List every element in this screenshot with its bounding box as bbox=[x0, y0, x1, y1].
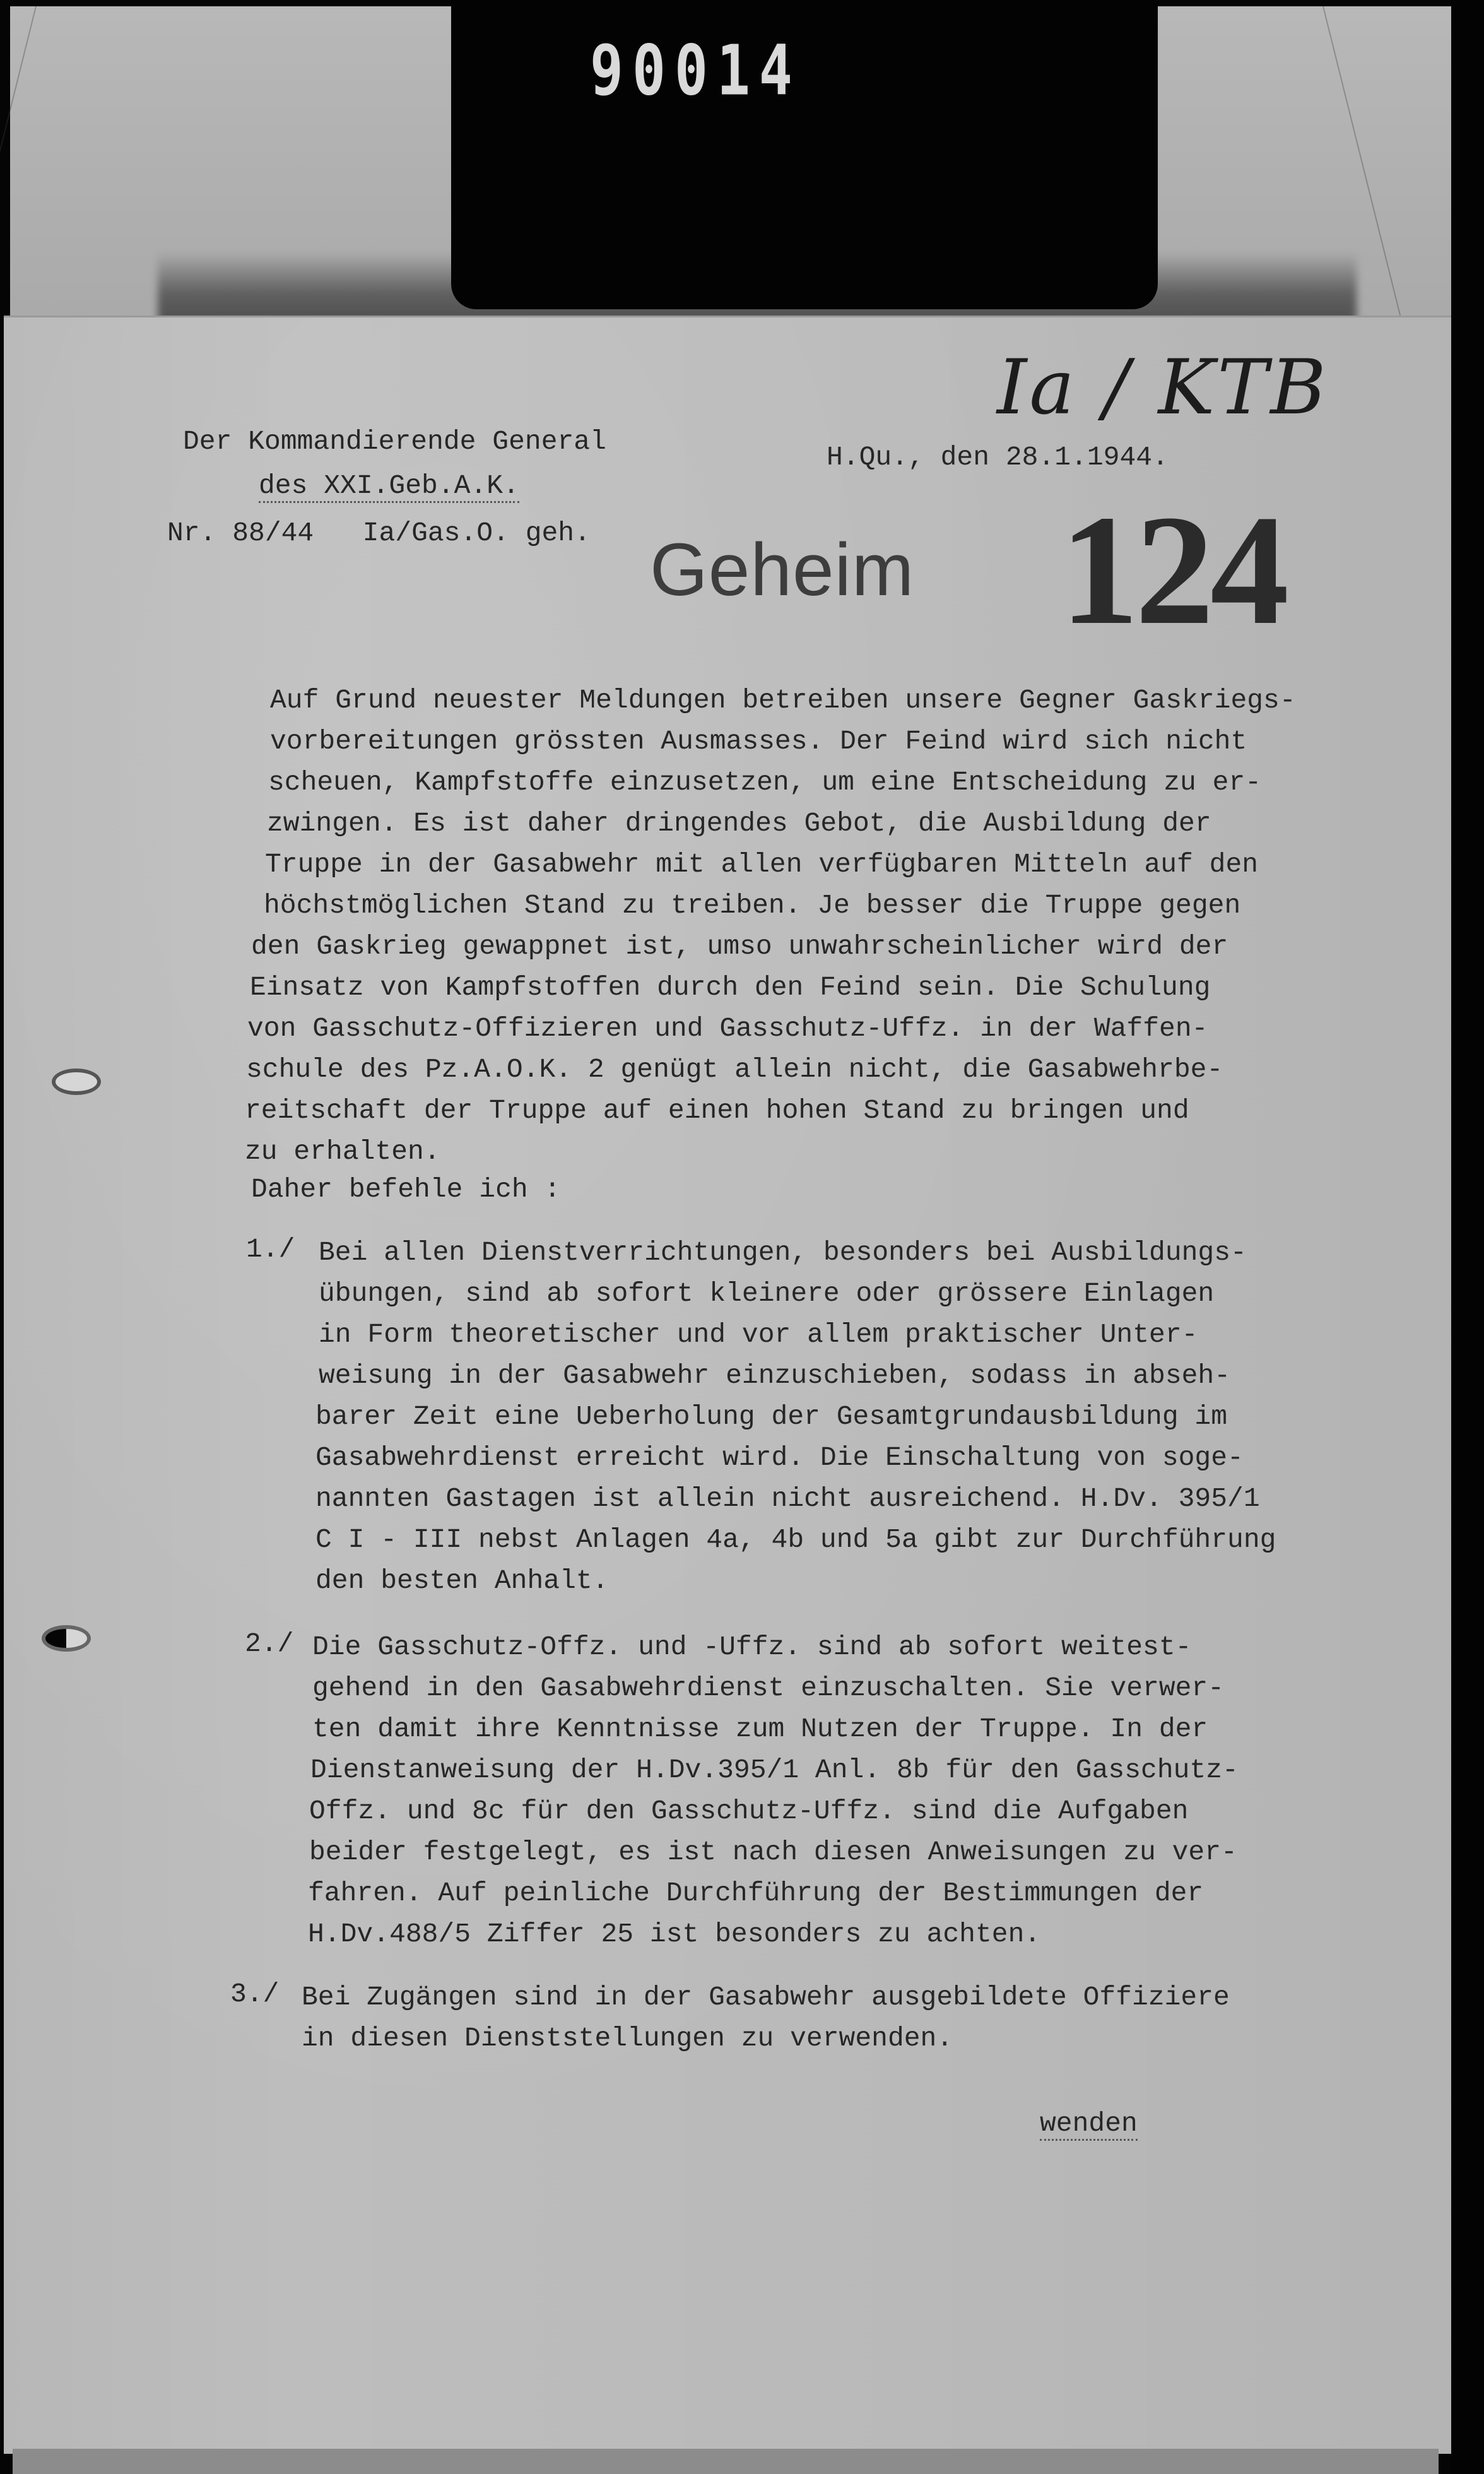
page-number-stamp: 124 bbox=[1060, 480, 1285, 661]
text-line: C I - III nebst Anlagen 4a, 4b und 5a gi… bbox=[315, 1524, 1276, 1555]
punch-hole-icon bbox=[42, 1625, 91, 1652]
film-counter-block: 90014 bbox=[451, 0, 1158, 309]
film-edge bbox=[1451, 0, 1484, 2474]
text-line: fahren. Auf peinliche Durchführung der B… bbox=[308, 1878, 1203, 1909]
text-line: zwingen. Es ist daher dringendes Gebot, … bbox=[267, 808, 1211, 839]
text-line: Gasabwehrdienst erreicht wird. Die Einsc… bbox=[315, 1442, 1244, 1473]
text-line: den Gaskrieg gewappnet ist, umso unwahrs… bbox=[251, 931, 1228, 962]
text-line: weisung in der Gasabwehr einzuschieben, … bbox=[319, 1360, 1230, 1391]
text-line: barer Zeit eine Ueberholung der Gesamtgr… bbox=[315, 1401, 1227, 1432]
text-line: Bei allen Dienstverrichtungen, besonders… bbox=[319, 1237, 1247, 1268]
text-line: Bei Zugängen sind in der Gasabwehr ausge… bbox=[302, 1982, 1230, 2013]
text-line: höchstmöglichen Stand zu treiben. Je bes… bbox=[264, 890, 1240, 921]
sender-line-1: Der Kommandierende General bbox=[183, 426, 606, 457]
film-counter-digits: 90014 bbox=[590, 30, 801, 111]
text-line: nannten Gastagen ist allein nicht ausrei… bbox=[315, 1483, 1260, 1514]
text-line: von Gasschutz-Offizieren und Gasschutz-U… bbox=[247, 1013, 1208, 1044]
text-line: Dienstanweisung der H.Dv.395/1 Anl. 8b f… bbox=[310, 1755, 1239, 1785]
item-number: 1./ bbox=[246, 1234, 295, 1265]
fold-line bbox=[0, 6, 37, 334]
place-date: H.Qu., den 28.1.1944. bbox=[827, 442, 1169, 473]
text-line: übungen, sind ab sofort kleinere oder gr… bbox=[319, 1278, 1214, 1309]
text-line: reitschaft der Truppe auf einen hohen St… bbox=[245, 1095, 1189, 1126]
text-line: in diesen Dienststellungen zu verwenden. bbox=[302, 2023, 953, 2054]
backing-bottom bbox=[13, 2449, 1439, 2474]
text-line: den besten Anhalt. bbox=[315, 1565, 608, 1596]
sender-line-2: des XXI.Geb.A.K. bbox=[259, 470, 519, 503]
text-line: H.Dv.488/5 Ziffer 25 ist besonders zu ac… bbox=[308, 1919, 1040, 1950]
item-number: 2./ bbox=[245, 1628, 293, 1659]
page-turn-note: wenden bbox=[1040, 2108, 1138, 2141]
text-line: Einsatz von Kampfstoffen durch den Feind… bbox=[250, 972, 1210, 1003]
item-number: 3./ bbox=[230, 1979, 279, 2009]
classification-stamp: Geheim bbox=[650, 527, 914, 613]
text-line: in Form theoretischer und vor allem prak… bbox=[319, 1319, 1198, 1350]
punch-hole-icon bbox=[52, 1068, 101, 1095]
text-line: Auf Grund neuester Meldungen betreiben u… bbox=[270, 685, 1296, 716]
text-line: zu erhalten. bbox=[245, 1136, 440, 1167]
text-line: vorbereitungen grössten Ausmasses. Der F… bbox=[270, 726, 1247, 757]
handwritten-note: Ia / KTB bbox=[997, 344, 1329, 432]
text-line: schule des Pz.A.O.K. 2 genügt allein nic… bbox=[246, 1054, 1223, 1085]
text-line: ten damit ihre Kenntnisse zum Nutzen der… bbox=[312, 1713, 1208, 1744]
order-intro: Daher befehle ich : bbox=[251, 1174, 560, 1205]
reference-number: Nr. 88/44 Ia/Gas.O. geh. bbox=[167, 518, 591, 548]
text-line: Offz. und 8c für den Gasschutz-Uffz. sin… bbox=[309, 1796, 1188, 1826]
text-line: scheuen, Kampfstoffe einzusetzen, um ein… bbox=[268, 767, 1261, 798]
text-line: Die Gasschutz-Offz. und -Uffz. sind ab s… bbox=[312, 1631, 1191, 1662]
text-line: Truppe in der Gasabwehr mit allen verfüg… bbox=[265, 849, 1258, 880]
text-line: beider festgelegt, es ist nach diesen An… bbox=[309, 1837, 1237, 1867]
text-line: gehend in den Gasabwehrdienst einzuschal… bbox=[312, 1672, 1224, 1703]
